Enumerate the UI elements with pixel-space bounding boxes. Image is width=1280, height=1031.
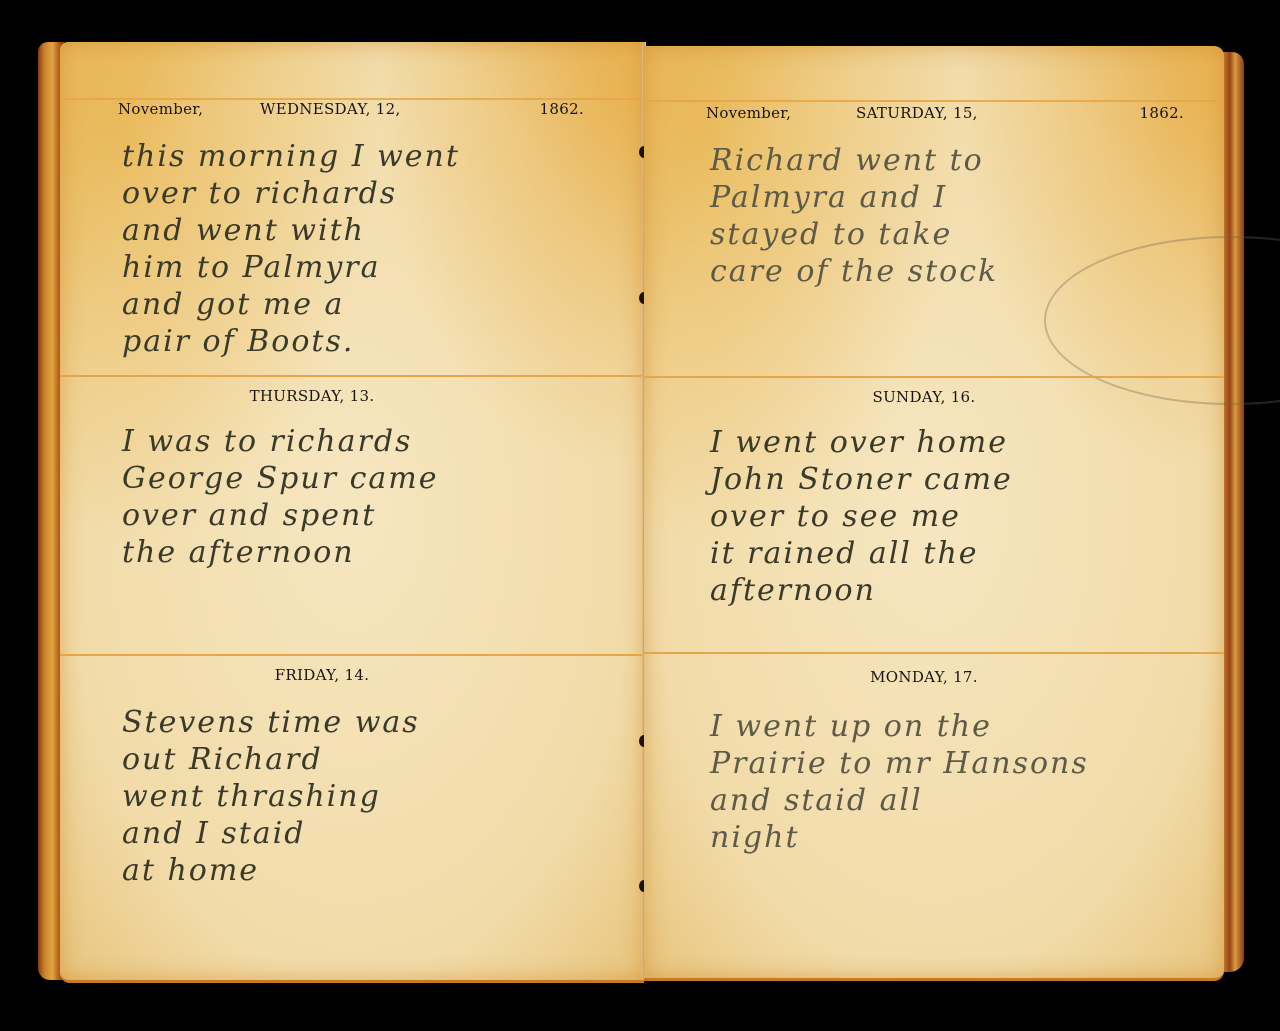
header-year: 1862.: [1140, 104, 1184, 122]
section-friday-14: FRIDAY, 14. Stevens time was out Richard…: [60, 654, 644, 956]
open-diary: November, WEDNESDAY, 12, 1862. this morn…: [38, 38, 1244, 983]
section-thursday-13: THURSDAY, 13. I was to richards George S…: [60, 375, 644, 657]
day-title-sunday: SUNDAY, 16.: [624, 388, 1224, 406]
entry-friday-14: Stevens time was out Richard went thrash…: [122, 704, 614, 889]
entry-sunday-16: I went over home John Stoner came over t…: [710, 424, 1194, 609]
entry-thursday-13: I was to richards George Spur came over …: [122, 423, 614, 571]
top-rule-line: [644, 100, 1224, 102]
entry-monday-17: I went up on the Prairie to mr Hansons a…: [710, 708, 1194, 856]
right-page: November, SATURDAY, 15, 1862. Richard we…: [644, 46, 1224, 981]
day-title-friday: FRIDAY, 14.: [0, 666, 644, 684]
section-monday-17: MONDAY, 17. I went up on the Prairie to …: [644, 652, 1224, 954]
left-page: November, WEDNESDAY, 12, 1862. this morn…: [60, 42, 644, 983]
right-page-edges: [1222, 52, 1244, 972]
day-title-monday: MONDAY, 17.: [624, 668, 1224, 686]
header-day: WEDNESDAY, 12,: [260, 100, 644, 118]
header-year: 1862.: [540, 100, 584, 118]
section-sunday-16: SUNDAY, 16. I went over home John Stoner…: [644, 376, 1224, 658]
day-title-thursday: THURSDAY, 13.: [0, 387, 644, 405]
entry-wednesday-12: this morning I went over to richards and…: [122, 138, 614, 360]
